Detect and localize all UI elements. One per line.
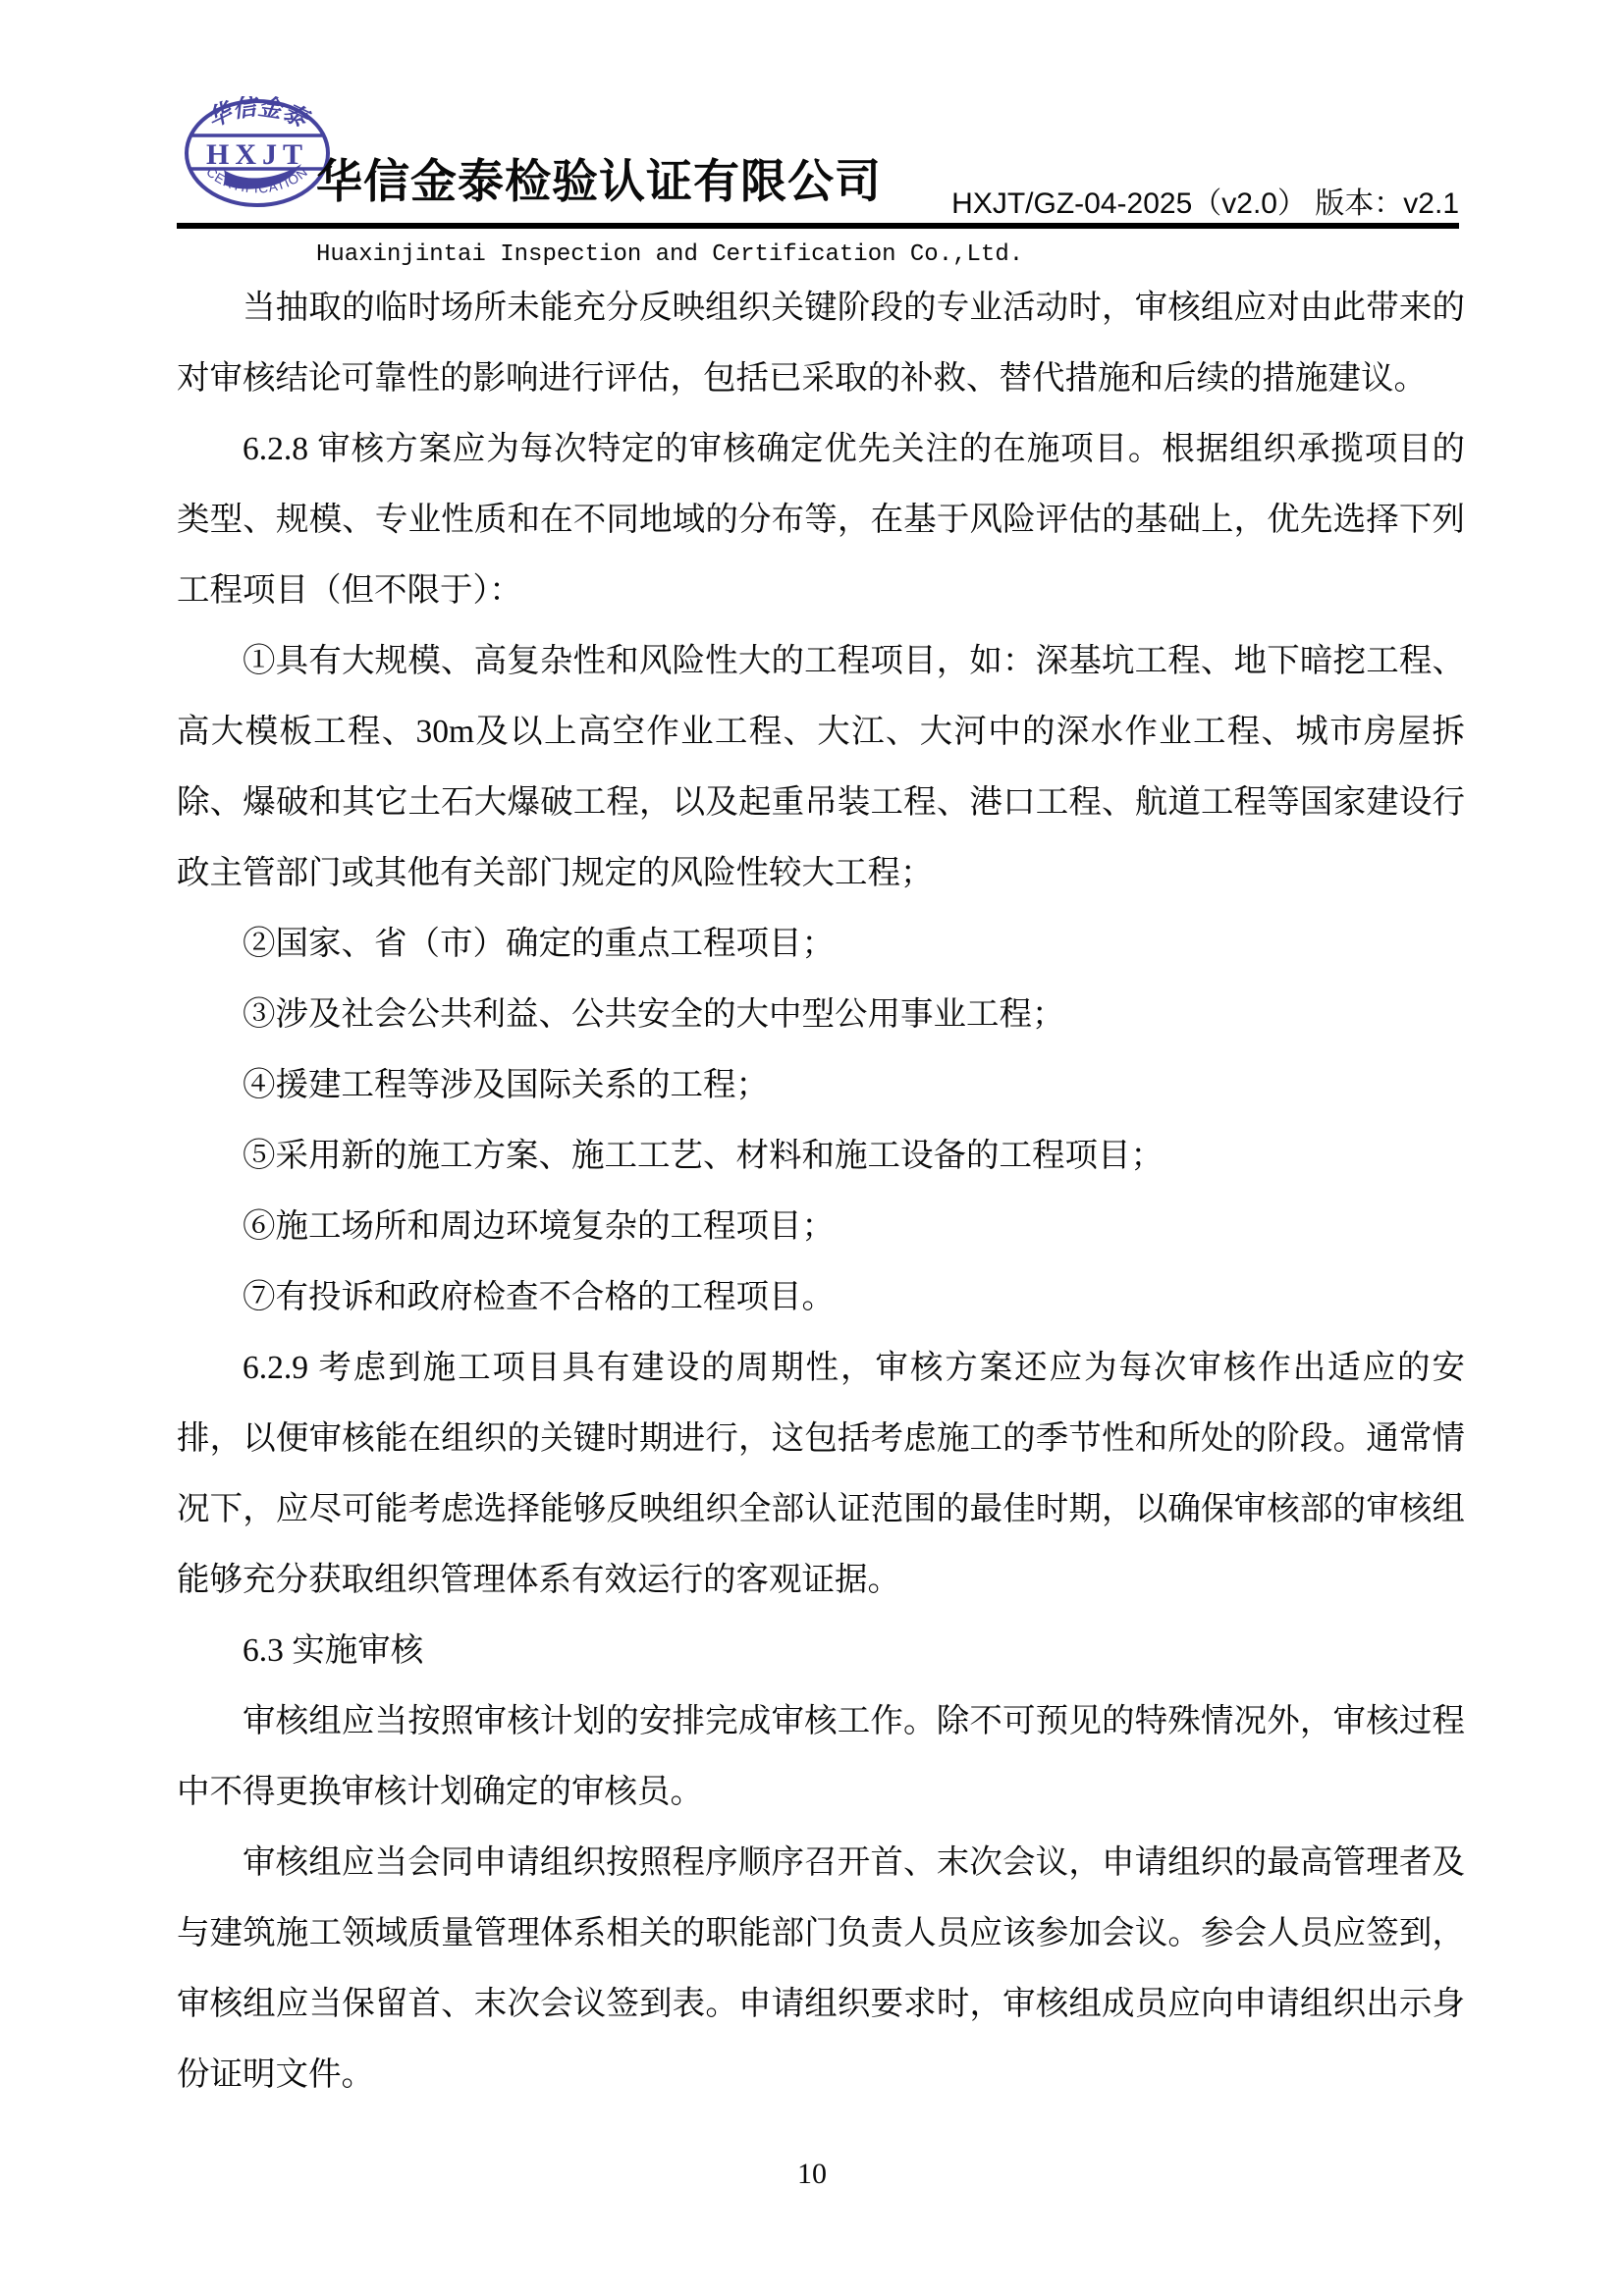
section-heading: 6.3 实施审核	[177, 1616, 1465, 1686]
page-number: 10	[0, 2158, 1624, 2191]
paragraph: ⑥施工场所和周边环境复杂的工程项目；	[177, 1192, 1465, 1262]
company-name-en: Huaxinjintai Inspection and Certificatio…	[316, 241, 1023, 268]
hxjt-certification-seal-icon: 华信金泰 HXJT CERTIFICATION	[183, 96, 332, 210]
paragraph: ③涉及社会公共利益、公共安全的大中型公用事业工程；	[177, 980, 1465, 1050]
logo-center-text: HXJT	[206, 138, 308, 171]
paragraph: ①具有大规模、高复杂性和风险性大的工程项目，如：深基坑工程、地下暗挖工程、高大模…	[177, 626, 1465, 909]
page-header: 华信金泰 HXJT CERTIFICATION 华信金泰检验认证有限公司 HXJ…	[0, 0, 1624, 285]
header-rule	[177, 223, 1459, 229]
paragraph: ②国家、省（市）确定的重点工程项目；	[177, 909, 1465, 980]
doc-number: HXJT/GZ-04-2025（v2.0） 版本：v2.1	[951, 179, 1459, 222]
paragraph: 审核组应当会同申请组织按照程序顺序召开首、末次会议，申请组织的最高管理者及与建筑…	[177, 1828, 1465, 2110]
paragraph: ④援建工程等涉及国际关系的工程；	[177, 1050, 1465, 1121]
paragraph: 当抽取的临时场所未能充分反映组织关键阶段的专业活动时，审核组应对由此带来的对审核…	[177, 273, 1465, 414]
document-body: 当抽取的临时场所未能充分反映组织关键阶段的专业活动时，审核组应对由此带来的对审核…	[177, 273, 1465, 2110]
paragraph: 6.2.8 审核方案应为每次特定的审核确定优先关注的在施项目。根据组织承揽项目的…	[177, 414, 1465, 626]
company-name-cn: 华信金泰检验认证有限公司	[316, 145, 964, 211]
paragraph: ⑦有投诉和政府检查不合格的工程项目。	[177, 1262, 1465, 1333]
document-page: 华信金泰 HXJT CERTIFICATION 华信金泰检验认证有限公司 HXJ…	[0, 0, 1624, 2296]
paragraph: 6.2.9 考虑到施工项目具有建设的周期性，审核方案还应为每次审核作出适应的安排…	[177, 1333, 1465, 1616]
paragraph: ⑤采用新的施工方案、施工工艺、材料和施工设备的工程项目；	[177, 1121, 1465, 1192]
paragraph: 审核组应当按照审核计划的安排完成审核工作。除不可预见的特殊情况外，审核过程中不得…	[177, 1686, 1465, 1828]
